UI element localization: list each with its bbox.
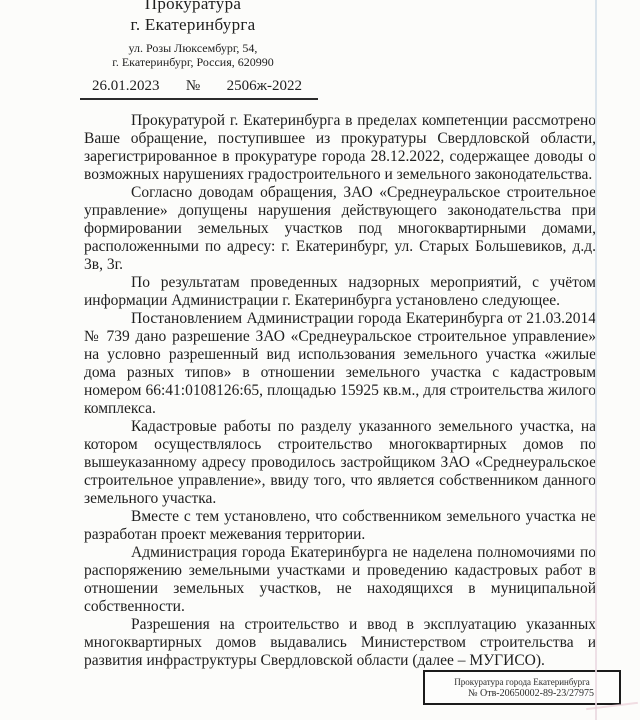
stamp-org-line: Прокуратура города Екатеринбурга — [454, 677, 590, 687]
paragraph-1: Прокуратурой г. Екатеринбурга в пределах… — [84, 112, 596, 184]
outgoing-number: 2506ж-2022 — [227, 78, 302, 95]
paragraph-7: Администрация города Екатеринбурга не на… — [84, 544, 596, 616]
paragraph-4: Постановлением Администрации города Екат… — [84, 310, 596, 418]
number-sign: № — [186, 78, 200, 95]
letter-date: 26.01.2023 — [92, 78, 160, 95]
scan-artifact-vertical-line — [595, 0, 597, 720]
address-line1: ул. Розы Люксембург, 54, — [48, 41, 338, 55]
letterhead-address: ул. Розы Люксембург, 54, г. Екатеринбург… — [48, 41, 338, 69]
letter-body: Прокуратурой г. Екатеринбурга в пределах… — [84, 112, 596, 670]
date-number-row: 26.01.2023 № 2506ж-2022 — [80, 78, 318, 100]
registration-stamp: Прокуратура города Екатеринбурга № Отв-2… — [423, 670, 621, 705]
org-name-line2: г. Екатеринбурга — [48, 14, 338, 35]
letterhead: Прокуратура г. Екатеринбурга ул. Розы Лю… — [48, 0, 338, 100]
address-line2: г. Екатеринбург, Россия, 620990 — [48, 55, 338, 69]
paragraph-8: Разрешения на строительство и ввод в экс… — [84, 616, 596, 670]
paragraph-3: По результатам проведенных надзорных мер… — [84, 274, 596, 310]
paragraph-5: Кадастровые работы по разделу указанного… — [84, 418, 596, 508]
org-name-line1: Прокуратура — [48, 0, 338, 14]
paragraph-2: Согласно доводам обращения, ЗАО «Среднеу… — [84, 184, 596, 274]
document-page: Прокуратура г. Екатеринбурга ул. Розы Лю… — [0, 0, 640, 720]
stamp-number-line: № Отв-20650002-89-23/27975 — [468, 688, 594, 699]
paragraph-6: Вместе с тем установлено, что собственни… — [84, 508, 596, 544]
